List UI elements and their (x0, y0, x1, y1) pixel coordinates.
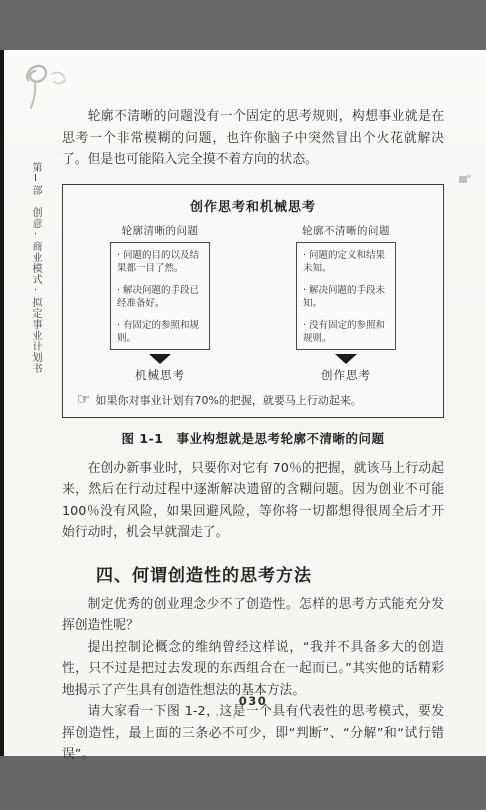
column-box: · 问题的目的以及结果都一目了然。 · 解决问题的手段已经准备好。 · 有固定的… (110, 242, 210, 350)
figure-note: ☞ 如果你对事业计划有70%的把握，就要马上行动起来。 (77, 392, 433, 408)
bullet-item: · 有固定的参照和规则。 (117, 319, 203, 345)
bullet-item: · 问题的目的以及结果都一目了然。 (117, 249, 203, 275)
bullet-item: · 解决问题的手段未知。 (303, 284, 389, 310)
body-paragraph-2: 在创办新事业时，只要你对它有 70％的把握，就该马上行动起来，然后在行动过程中逐… (62, 458, 444, 544)
figure-note-text: 如果你对事业计划有70%的把握，就要马上行动起来。 (95, 392, 361, 408)
column-result-label: 创作思考 (321, 367, 371, 383)
body-paragraph-1: 轮廓不清晰的问题没有一个固定的思考规则，构想事业就是在思考一个非常模糊的问题，也… (62, 106, 444, 171)
figure-title: 创作思考和机械思考 (73, 196, 433, 215)
figure-caption: 图 1-1 事业构想就是思考轮廓不清晰的问题 (62, 429, 444, 447)
page-content: 轮廓不清晰的问题没有一个固定的思考规则，构想事业就是在思考一个非常模糊的问题，也… (62, 50, 444, 766)
scanned-book-page-view: 第Ⅰ部 创意·商业模式·拟定事业计划书 轮廓不清晰的问题没有一个固定的思考规则，… (0, 0, 486, 810)
column-box: · 问题的定义和结果未知。 · 解决问题的手段未知。 · 没有固定的参照和规则。 (296, 242, 396, 350)
body-paragraph-3: 制定优秀的创业理念少不了创造性。怎样的思考方式能充分发挥创造性呢？ (62, 594, 444, 637)
figure-columns: 轮廓清晰的问题 · 问题的目的以及结果都一目了然。 · 解决问题的手段已经准备好… (73, 223, 433, 383)
body-paragraph-5: 请大家看一下图 1-2，这是一个具有代表性的思考模式，要发挥创造性，最上面的三条… (62, 701, 444, 766)
pointing-hand-icon: ☞ (77, 392, 90, 407)
scan-speckle (274, 708, 304, 720)
spine-vertical-text: 第Ⅰ部 创意·商业模式·拟定事业计划书 (28, 162, 43, 422)
bullet-item: · 没有固定的参照和规则。 (303, 319, 389, 345)
column-header: 轮廓不清晰的问题 (302, 223, 390, 238)
scan-speckle (212, 710, 238, 720)
figure-1-1-diagram: 创作思考和机械思考 轮廓清晰的问题 · 问题的目的以及结果都一目了然。 · 解决… (62, 184, 444, 418)
section-heading: 四、何谓创造性的思考方法 (62, 561, 444, 586)
column-result-label: 机械思考 (135, 367, 185, 383)
page-number: 030 (62, 694, 444, 708)
book-page: 第Ⅰ部 创意·商业模式·拟定事业计划书 轮廓不清晰的问题没有一个固定的思考规则，… (0, 50, 486, 756)
scanner-background-top (0, 0, 486, 50)
scan-bleed-mark (459, 176, 467, 183)
bullet-item: · 解决问题的手段已经准备好。 (117, 284, 203, 310)
figure-column-clear-problem: 轮廓清晰的问题 · 问题的目的以及结果都一目了然。 · 解决问题的手段已经准备好… (96, 223, 224, 383)
down-arrow-icon (335, 354, 357, 364)
bullet-item: · 问题的定义和结果未知。 (303, 249, 389, 275)
figure-column-unclear-problem: 轮廓不清晰的问题 · 问题的定义和结果未知。 · 解决问题的手段未知。 · 没有… (282, 223, 410, 383)
body-paragraph-4: 提出控制论概念的维纳曾经这样说，“我并不具备多大的创造性，只不过是把过去发现的东… (62, 637, 444, 702)
down-arrow-icon (149, 354, 171, 364)
column-header: 轮廓清晰的问题 (122, 223, 199, 238)
